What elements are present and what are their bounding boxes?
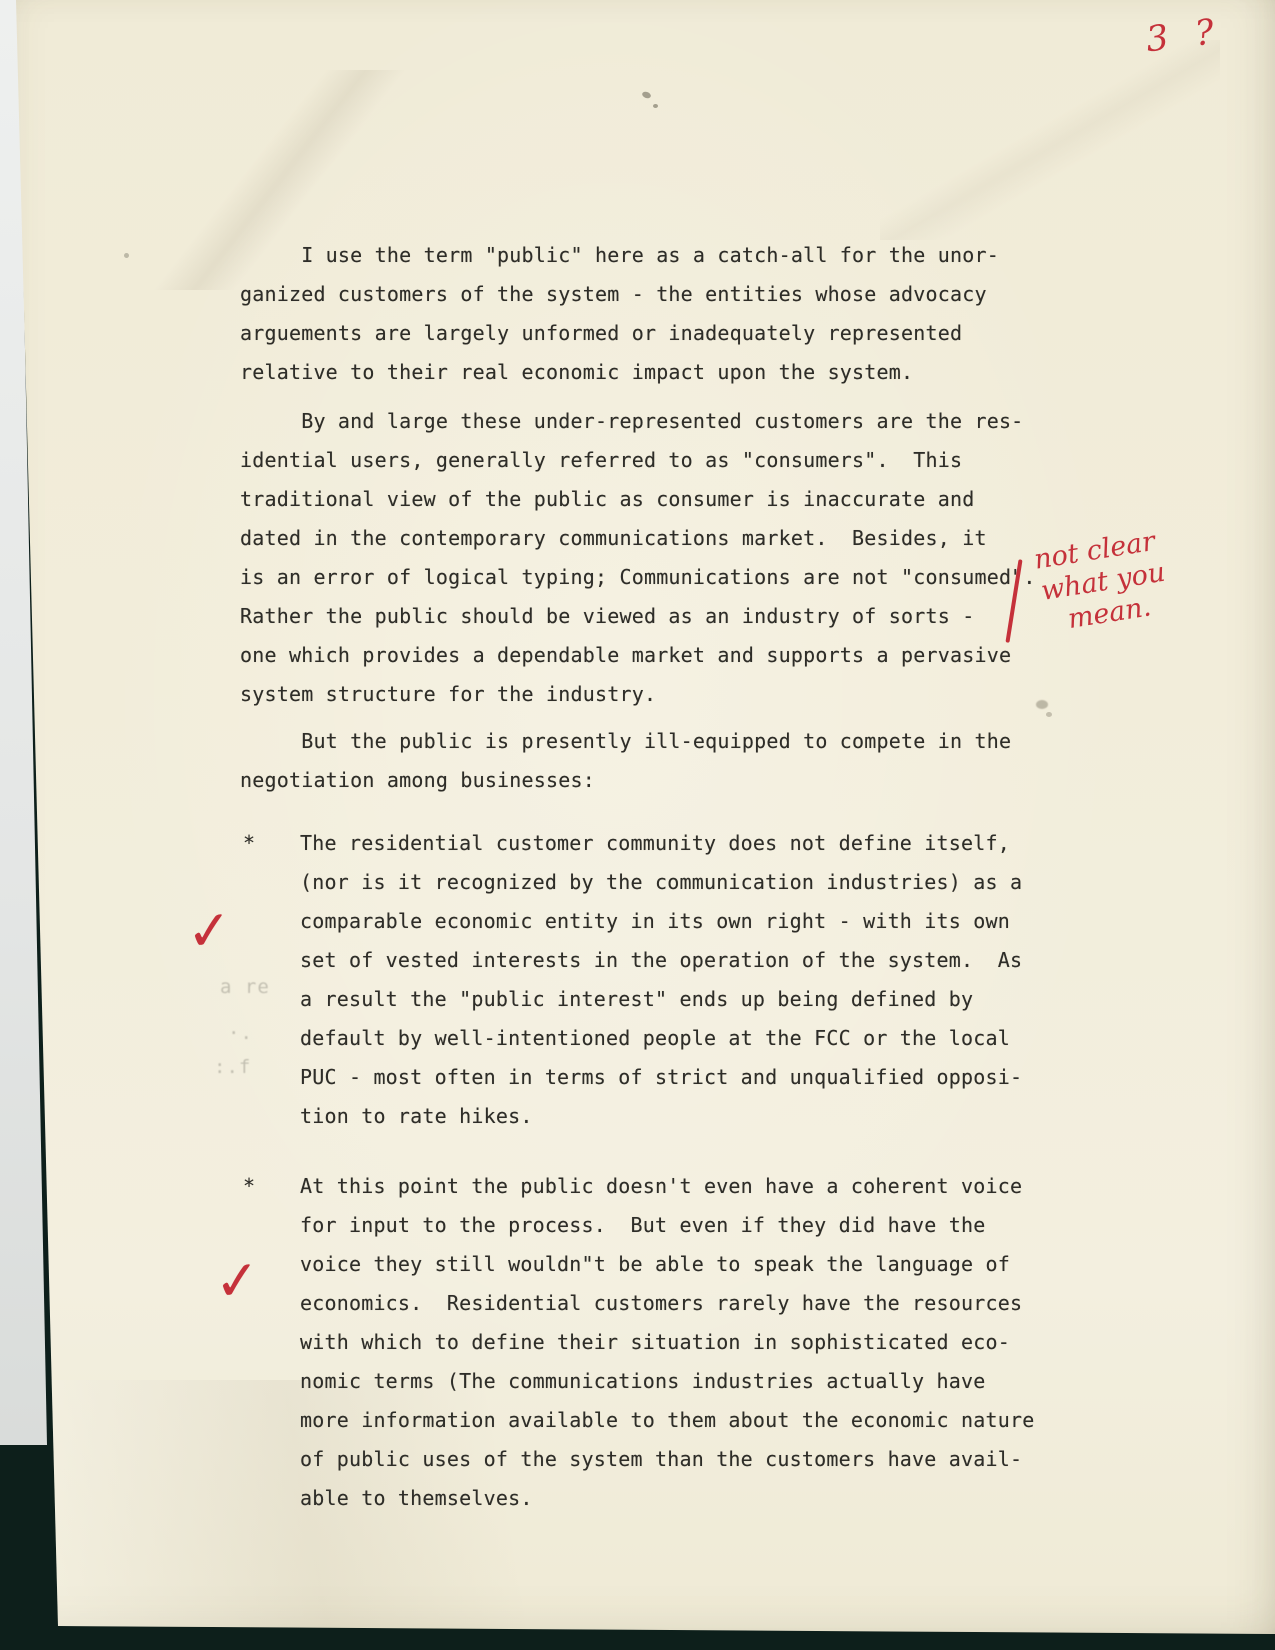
scanned-paper-sheet: 3 ? I use the term "public" here as a ca…	[0, 0, 1275, 1650]
bullet-asterisk: *	[243, 1167, 255, 1206]
paragraph-ill-equipped: But the public is presently ill-equipped…	[240, 722, 1070, 800]
bullet-item-residential-community: * The residential customer community doe…	[240, 824, 1070, 1136]
margin-note-group: not clear what you mean.	[998, 545, 1208, 675]
checkmark-annotation: ✓	[188, 897, 230, 961]
bullet-text: At this point the public doesn't even ha…	[300, 1167, 1070, 1518]
handwritten-page-number-query: 3 ?	[1144, 12, 1224, 61]
paper-speck	[641, 91, 652, 100]
margin-note-slash-mark	[1005, 559, 1022, 643]
paper-speck	[1036, 700, 1048, 709]
paper-speck	[124, 253, 129, 258]
paper-speck	[1046, 712, 1052, 717]
paragraph-consumers-view: By and large these under-represented cus…	[240, 402, 1070, 714]
checkmark-annotation: ✓	[216, 1247, 258, 1311]
paper-speck	[653, 104, 658, 108]
margin-note-text: not clear what you mean.	[1032, 525, 1172, 640]
bullet-item-coherent-voice: * At this point the public doesn't even …	[240, 1167, 1070, 1518]
erased-typewriter-ghost-text: a re	[220, 976, 270, 998]
bullet-asterisk: *	[243, 824, 255, 863]
paper-crease	[880, 40, 1220, 240]
bullet-text: The residential customer community does …	[300, 824, 1070, 1136]
erased-typewriter-ghost-text: :.f	[214, 1056, 251, 1078]
paragraph-public-definition: I use the term "public" here as a catch-…	[240, 236, 1070, 392]
erased-typewriter-ghost-text: ·.	[228, 1022, 253, 1044]
